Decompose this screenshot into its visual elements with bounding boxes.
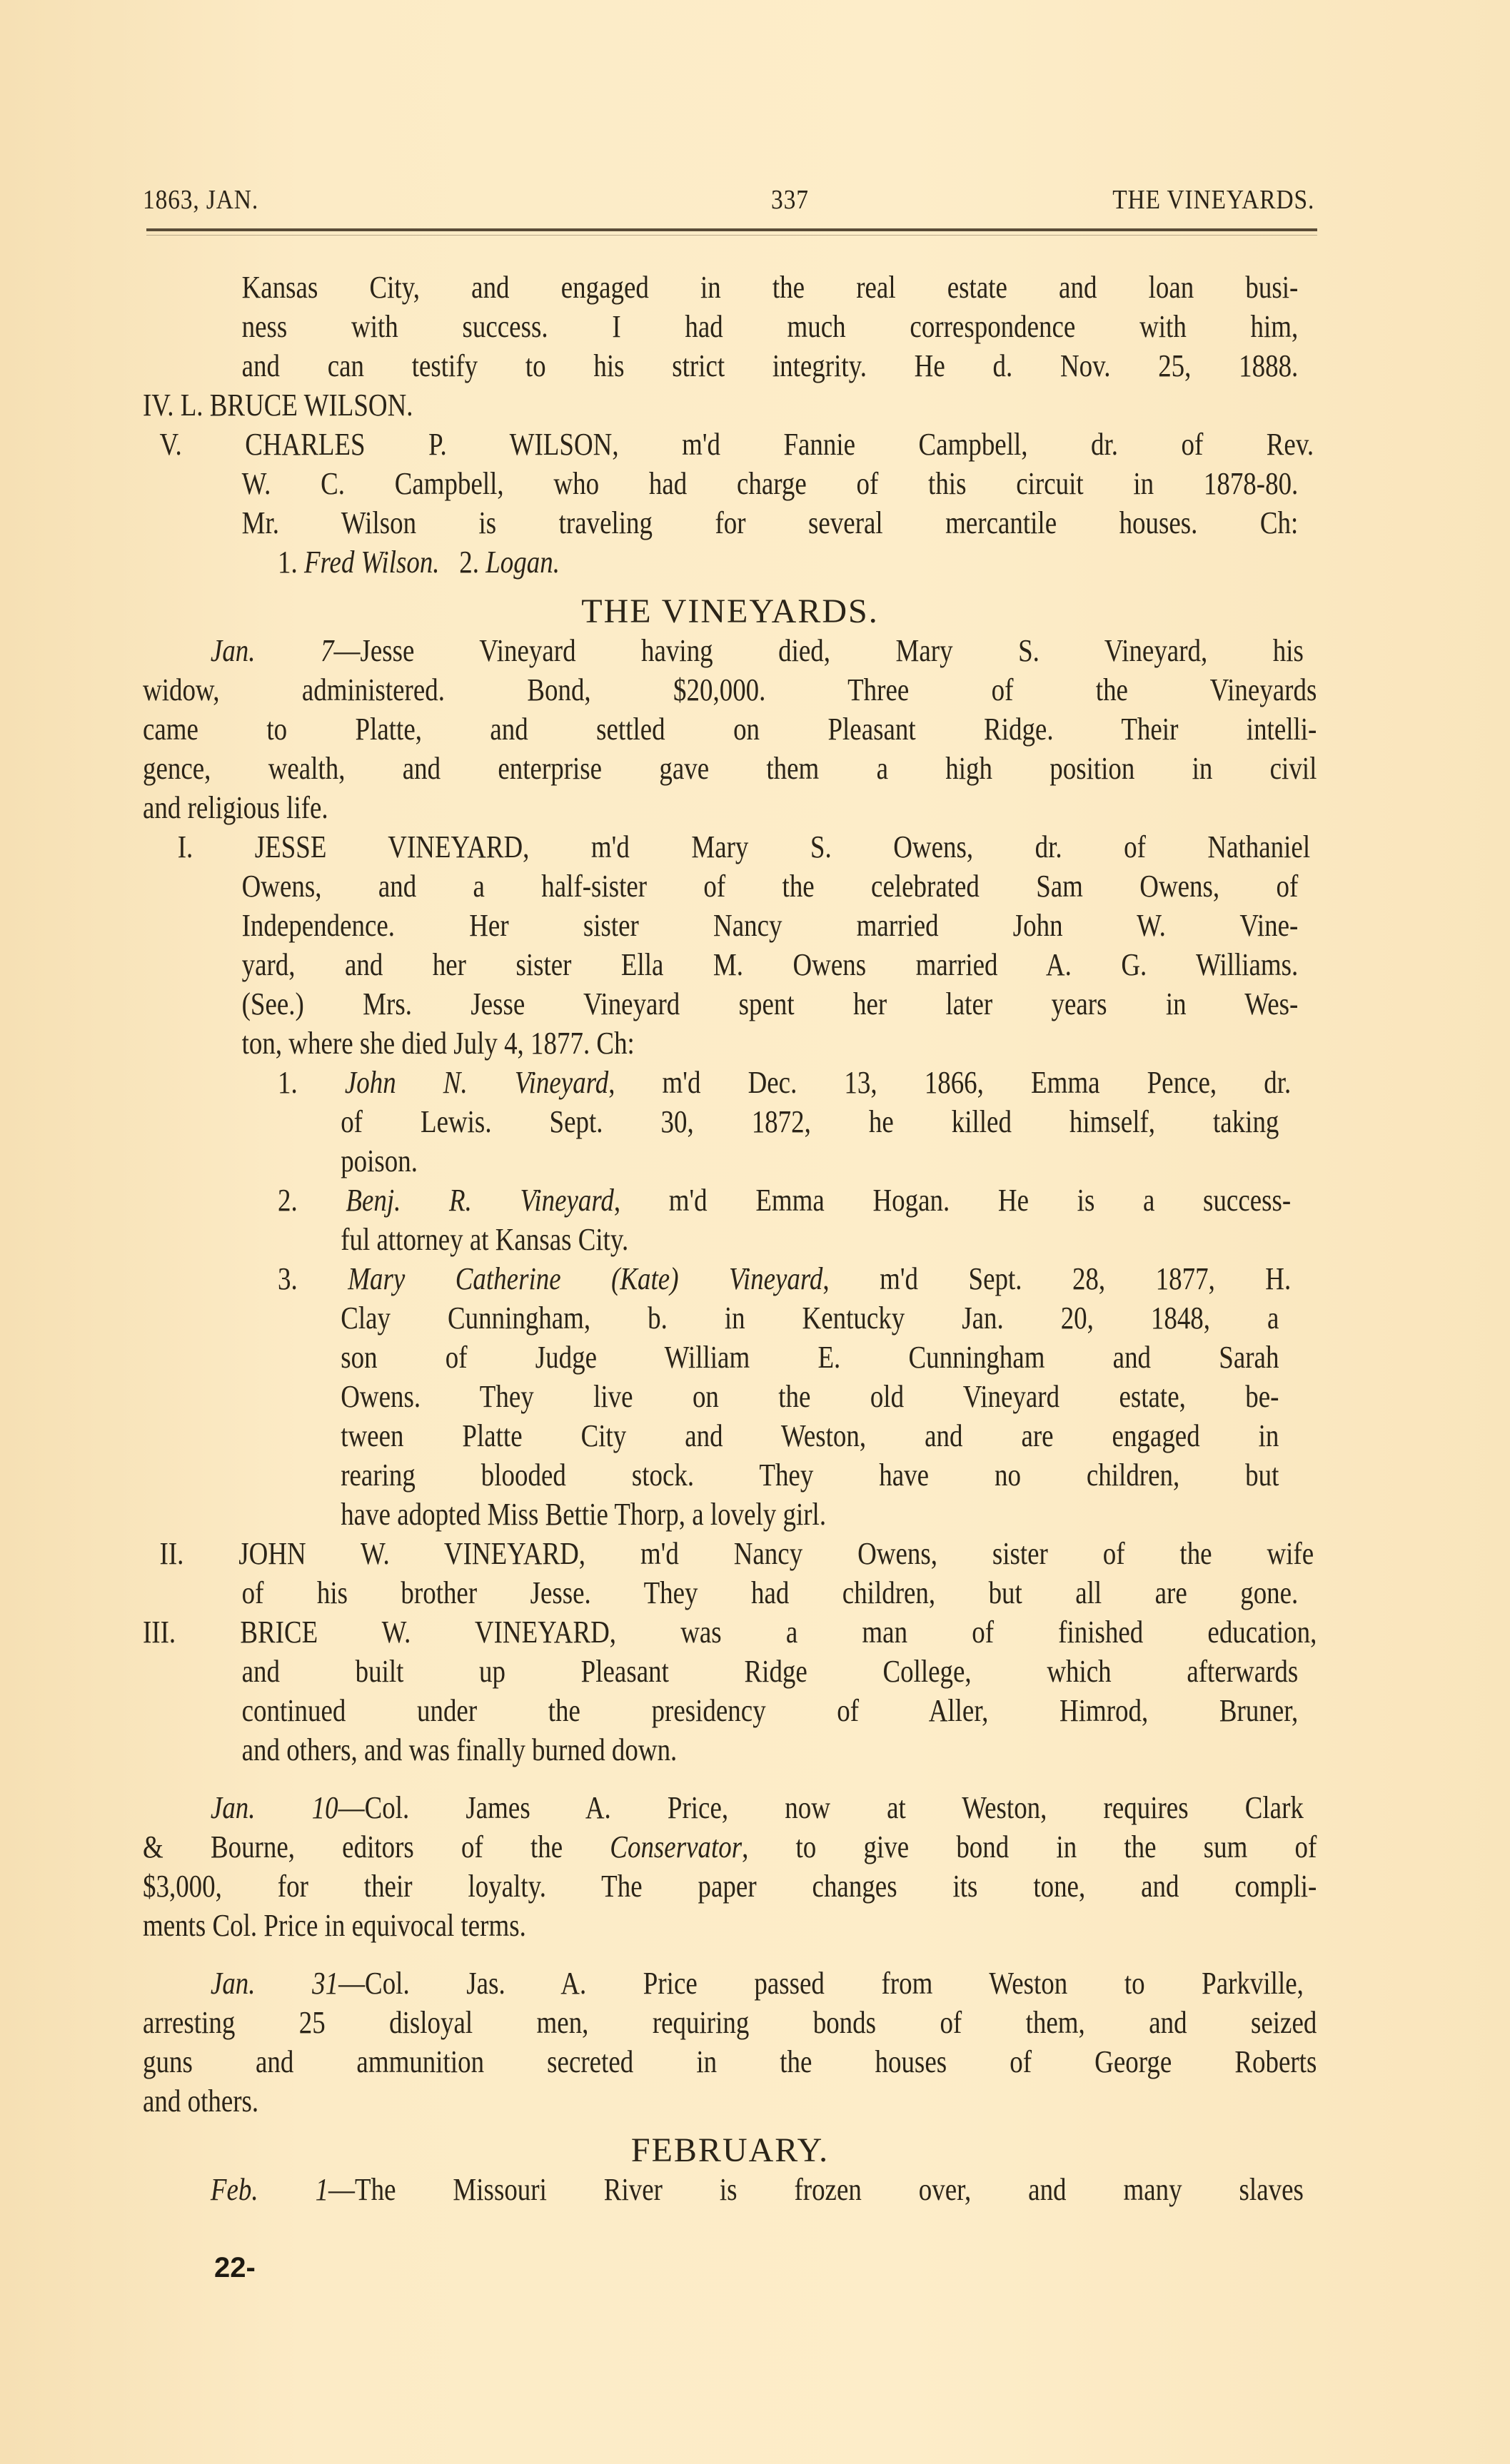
- date-label: Jan. 31: [211, 1966, 338, 2001]
- text-line: rearing blooded stock. They have no chil…: [143, 1455, 1279, 1495]
- section-heading: THE VINEYARDS.: [143, 592, 1317, 631]
- entry-first-line: CHARLES P. WILSON, m'd Fannie Campbell, …: [245, 427, 1314, 462]
- child-name: Logan.: [485, 545, 560, 580]
- child-entry: 3. Mary Catherine (Kate) Vineyard, m'd S…: [143, 1259, 1291, 1298]
- text-line: son of Judge William E. Cunningham and S…: [143, 1338, 1279, 1377]
- text-line: $3,000, for their loyalty. The paper cha…: [143, 1867, 1317, 1906]
- entry-iv: IV. L. BRUCE WILSON.: [143, 385, 1317, 425]
- text-line: ness with success. I had much correspond…: [143, 307, 1298, 346]
- text-line: ments Col. Price in equivocal terms.: [143, 1906, 1317, 1945]
- newspaper-title: Conservator: [610, 1829, 742, 1864]
- text-line: gence, wealth, and enterprise gave them …: [143, 749, 1317, 788]
- page-body: Kansas City, and engaged in the real est…: [143, 268, 1317, 2209]
- text-line: & Bourne, editors of the Conservator, to…: [143, 1827, 1317, 1867]
- entry-jan7: Jan. 7—Jesse Vineyard having died, Mary …: [143, 631, 1304, 670]
- text-line: yard, and her sister Ella M. Owens marri…: [143, 945, 1298, 984]
- date-label: Feb. 1: [211, 2172, 328, 2207]
- text-line: and religious life.: [143, 788, 1317, 827]
- entry-name: L. BRUCE WILSON.: [181, 388, 413, 423]
- text-line: arresting 25 disloyal men, requiring bon…: [143, 2003, 1317, 2042]
- signature-mark: 22-: [214, 2252, 256, 2284]
- child-entry: 1. John N. Vineyard, m'd Dec. 13, 1866, …: [143, 1063, 1291, 1102]
- text-line: and can testify to his strict integrity.…: [143, 346, 1298, 385]
- roman-numeral: I.: [178, 829, 193, 864]
- text-line: Kansas City, and engaged in the real est…: [143, 268, 1298, 307]
- roman-numeral: IV.: [143, 388, 173, 423]
- entry-iii: III. BRICE W. VINEYARD, was a man of fin…: [143, 1612, 1317, 1652]
- child-name: Fred Wilson.: [304, 545, 440, 580]
- text-line: Mr. Wilson is traveling for several merc…: [143, 503, 1298, 542]
- text-line: and built up Pleasant Ridge College, whi…: [143, 1652, 1298, 1691]
- entry-jan10: Jan. 10—Col. James A. Price, now at West…: [143, 1788, 1304, 1827]
- page-number: 337: [771, 180, 809, 220]
- text-line: ton, where she died July 4, 1877. Ch:: [143, 1024, 1298, 1063]
- child-entry: 2. Benj. R. Vineyard, m'd Emma Hogan. He…: [143, 1181, 1291, 1220]
- month-heading: FEBRUARY.: [143, 2131, 1317, 2170]
- child-name: Benj. R. Vineyard: [346, 1183, 613, 1218]
- text-line: guns and ammunition secreted in the hous…: [143, 2042, 1317, 2081]
- entry-feb1: Feb. 1—The Missouri River is frozen over…: [143, 2170, 1304, 2209]
- text-line: of his brother Jesse. They had children,…: [143, 1573, 1298, 1612]
- text-line: continued under the presidency of Aller,…: [143, 1691, 1298, 1730]
- entry-jan31: Jan. 31—Col. Jas. A. Price passed from W…: [143, 1964, 1304, 2003]
- date-label: Jan. 7: [211, 633, 334, 668]
- running-head-title: THE VINEYARDS.: [1112, 180, 1314, 220]
- entry-i: I. JESSE VINEYARD, m'd Mary S. Owens, dr…: [143, 827, 1310, 867]
- date-label: Jan. 10: [211, 1790, 338, 1825]
- child-name: John N. Vineyard: [345, 1065, 608, 1100]
- text-line: widow, administered. Bond, $20,000. Thre…: [143, 670, 1317, 710]
- text-line: have adopted Miss Bettie Thorp, a lovely…: [143, 1495, 1279, 1534]
- roman-numeral: III.: [143, 1615, 176, 1650]
- book-page: 1863, JAN. 337 THE VINEYARDS. Kansas Cit…: [0, 0, 1510, 2464]
- entry-v: V. CHARLES P. WILSON, m'd Fannie Campbel…: [143, 425, 1314, 464]
- header-rule: [146, 228, 1317, 236]
- text-line: and others.: [143, 2081, 1317, 2121]
- text-line: Independence. Her sister Nancy married J…: [143, 906, 1298, 945]
- text-line: came to Platte, and settled on Pleasant …: [143, 710, 1317, 749]
- text-line: (See.) Mrs. Jesse Vineyard spent her lat…: [143, 984, 1298, 1024]
- text-line: W. C. Campbell, who had charge of this c…: [143, 464, 1298, 503]
- children-list: 1. Fred Wilson. 2. Logan.: [143, 542, 1291, 582]
- text-line: tween Platte City and Weston, and are en…: [143, 1416, 1279, 1455]
- running-head-date: 1863, JAN.: [143, 180, 258, 220]
- text-line: Clay Cunningham, b. in Kentucky Jan. 20,…: [143, 1298, 1279, 1338]
- running-head: 1863, JAN. 337 THE VINEYARDS.: [143, 180, 1177, 220]
- roman-numeral: II.: [160, 1536, 184, 1571]
- text-line: and others, and was finally burned down.: [143, 1730, 1298, 1769]
- text-line: Owens, and a half-sister of the celebrat…: [143, 867, 1298, 906]
- text-line: Owens. They live on the old Vineyard est…: [143, 1377, 1279, 1416]
- child-name: Mary Catherine (Kate) Vineyard: [348, 1261, 822, 1296]
- text-line: of Lewis. Sept. 30, 1872, he killed hims…: [143, 1102, 1279, 1141]
- text-line: poison.: [143, 1141, 1279, 1181]
- roman-numeral: V.: [160, 427, 182, 462]
- entry-ii: II. JOHN W. VINEYARD, m'd Nancy Owens, s…: [143, 1534, 1314, 1573]
- text-line: ful attorney at Kansas City.: [143, 1220, 1279, 1259]
